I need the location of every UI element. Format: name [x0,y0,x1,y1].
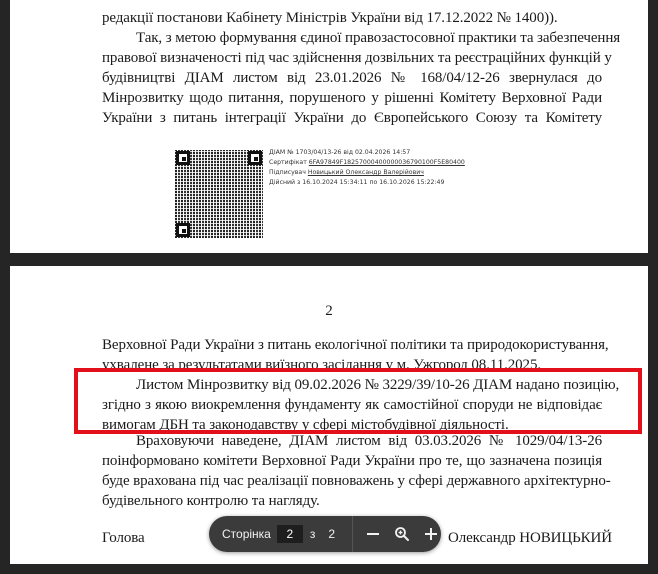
text-line: Верховної Ради України з питань екологіч… [102,335,602,355]
current-page-input[interactable] [277,525,303,543]
total-pages: 2 [328,527,335,541]
text-line: Листом Мінрозвитку від 09.02.2026 № 3229… [102,375,602,395]
zoom-fit-button[interactable] [392,521,413,547]
zoom-in-button[interactable] [420,521,441,547]
text-line: будівництві ДІАМ листом від 23.01.2026 №… [102,68,602,88]
minus-icon [366,527,380,541]
text-line: буде врахована під час реалізації повнов… [102,471,602,491]
signoff-title: Голова [102,528,222,548]
pdf-viewer: редакції постанови Кабінету Міністрів Ук… [0,0,658,574]
plus-icon [424,527,438,541]
certificate-link[interactable]: 6FA97849F182570004000000367901​00F5E8040… [309,159,465,166]
page-label: Сторінка [222,527,271,541]
zoom-out-button[interactable] [363,521,384,547]
text-line: згідно з якою виокремлення фундаменту як… [102,395,602,415]
signer-label: Підписувач [269,169,306,176]
document-page-1: редакції постанови Кабінету Міністрів Ук… [10,0,648,253]
text-line: Враховуючи наведене, ДІАМ листом від 03.… [102,431,602,451]
magnifier-icon [394,526,410,542]
page-of-label: з [310,527,316,541]
page-navigation-toolbar: Сторінка з 2 [209,516,441,552]
text-line: правової визначеності під час здійснення… [102,48,602,68]
registration-number: ДІАМ № 1703/04/13-26 від 02.04.2026 14:5… [269,148,465,158]
text-line: Мінрозвитку щодо питання, порушеного у р… [102,88,602,108]
text-line: Так, з метою формування єдиної правозаст… [102,28,602,48]
certificate-label: Сертифікат [269,159,307,166]
signoff-name: Олександр НОВИЦЬКИЙ [412,528,612,548]
page-number: 2 [10,303,648,320]
signature-details: ДІАМ № 1703/04/13-26 від 02.04.2026 14:5… [269,148,465,188]
validity-period: Дійсний з 16.10.2024 15:34:11 по 16.10.2… [269,178,465,188]
text-line: ухвалене за результатами виїзного засіда… [102,355,602,375]
signer-link[interactable]: Новицький Олександр Валерійович [308,169,424,176]
text-line: поінформовано комітети Верховної Ради Ук… [102,451,602,471]
text-line: редакції постанови Кабінету Міністрів Ук… [102,8,602,28]
toolbar-divider [352,516,353,552]
qr-code-icon [175,150,263,238]
text-line: будівельного контролю та нагляду. [102,491,602,511]
text-line: України з питань інтеграції України до Є… [102,108,602,128]
